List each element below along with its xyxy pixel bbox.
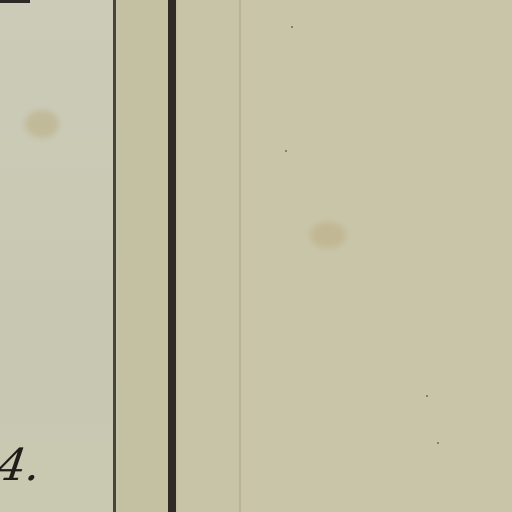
speck: [426, 395, 428, 397]
ledger-page: 4.: [0, 0, 512, 512]
foxing-stain: [25, 110, 59, 138]
bold-ruled-line: [168, 0, 176, 512]
handwritten-page-number: 4.: [0, 444, 43, 488]
speck: [291, 26, 293, 28]
paper-fold-line: [239, 0, 241, 512]
ink-mark: [0, 0, 30, 3]
foxing-stain: [310, 222, 346, 248]
thin-ruled-line: [113, 0, 116, 512]
speck: [285, 150, 287, 152]
speck: [437, 442, 439, 444]
middle-column: [118, 0, 168, 512]
middle-column-2: [178, 0, 240, 512]
right-column: [242, 0, 512, 512]
left-column: [0, 0, 114, 512]
